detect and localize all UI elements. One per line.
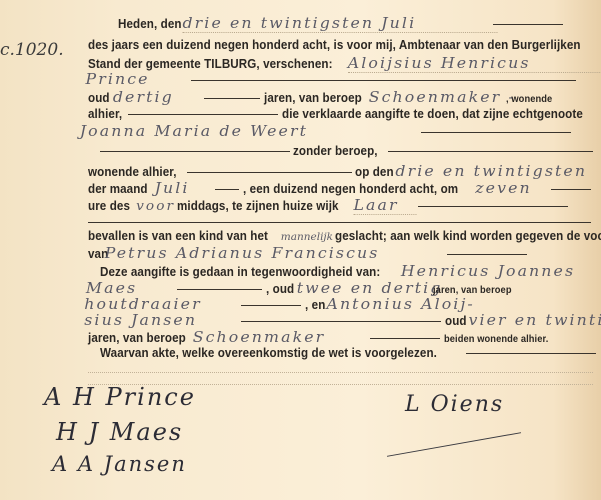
printed-op-den: op den <box>355 165 394 179</box>
fill-rule <box>215 189 239 190</box>
fill-rule <box>418 206 568 207</box>
fill-rule <box>388 151 593 152</box>
hw-gender: mannelijk <box>280 232 332 243</box>
hw-wijk: Laar <box>353 196 416 215</box>
printed-verklaarde: die verklaarde aangifte te doen, dat zij… <box>282 107 583 121</box>
line-alhier: alhier, die verklaarde aangifte te doen,… <box>88 106 595 123</box>
printed-middags: middags, te zijnen huize wijk <box>177 199 339 213</box>
line-year: des jaars een duizend negen honderd acht… <box>88 37 595 54</box>
line-zonder-beroep: zonder beroep, <box>100 143 595 160</box>
hw-date: drie en twintigsten Juli <box>182 14 497 33</box>
line-surname: Prince <box>88 70 595 87</box>
signature-official: L Oiens <box>405 392 504 417</box>
hw-witness1-given: Henricus Joannes <box>401 262 575 280</box>
printed-wonende-alhier: wonende alhier, <box>88 165 177 179</box>
printed-geslacht: geslacht; aan welk kind worden gegeven d… <box>335 229 601 243</box>
printed-bevallen: bevallen is van een kind van het <box>88 229 268 243</box>
printed-alhier: alhier, <box>88 107 122 121</box>
line-witness1: Maes , oud twee en dertig jaren, van ber… <box>88 279 595 296</box>
printed-waarvan-akte: Waarvan akte, welke overeenkomstig de we… <box>100 346 437 360</box>
printed-oud: oud <box>445 314 467 328</box>
line-witness2-job: jaren, van beroep Schoenmaker beiden won… <box>88 328 595 345</box>
line-age-job: oud dertig jaren, van beroep Schoenmaker… <box>88 88 595 105</box>
printed-der-maand: der maand <box>88 182 148 196</box>
line-closing: Waarvan akte, welke overeenkomstig de we… <box>100 345 595 362</box>
hw-witness2-surname: sius Jansen <box>84 311 242 329</box>
line-child-name: van Petrus Adrianus Franciscus <box>88 244 595 261</box>
fill-rule <box>187 172 352 173</box>
line-witnesses-intro: Deze aangifte is gedaan in tegenwoordigh… <box>100 262 595 279</box>
fill-rule <box>421 132 571 133</box>
fill-rule <box>466 353 596 354</box>
fill-rule <box>447 254 527 255</box>
signature-witness1: H J Maes <box>56 418 183 446</box>
certificate-page: c.1020. Heden, den drie en twintigsten J… <box>0 0 601 500</box>
printed-jaren-beroep: jaren, van beroep <box>88 331 186 345</box>
hw-mother-name: Joanna Maria de Weert <box>80 122 427 140</box>
printed-jaren-beroep: jaren, van beroep <box>264 91 362 105</box>
fill-rule <box>204 98 260 99</box>
hw-witness2-age: vier en twintig <box>468 311 601 329</box>
printed-year-om: , een duizend negen honderd acht, om <box>243 182 458 196</box>
printed-ure-des: ure des <box>88 199 130 213</box>
printed-tegenwoordigheid: Deze aangifte is gedaan in tegenwoordigh… <box>100 265 380 279</box>
hw-voor: voor <box>136 199 175 214</box>
line-witness2: sius Jansen oud vier en twintig <box>88 311 595 328</box>
hw-declarant-age: dertig <box>113 88 203 106</box>
printed-en: , en <box>305 298 325 312</box>
line-mother: Joanna Maria de Weert <box>88 122 595 139</box>
blank-line-rule <box>88 222 591 223</box>
fill-rule <box>241 321 441 322</box>
printed-zonder-beroep: zonder beroep, <box>293 144 378 158</box>
line-witness1-job: houtdraaier , en Antonius Aloij- <box>88 295 595 312</box>
hw-birth-month: Juli <box>154 179 213 197</box>
fill-rule <box>191 80 576 81</box>
signature-witness2: A A Jansen <box>52 452 187 476</box>
fill-rule <box>551 189 591 190</box>
fill-rule <box>241 305 301 306</box>
hw-witness2-occupation: Schoenmaker <box>192 328 371 346</box>
hw-declarant-occupation: Schoenmaker - <box>369 88 506 106</box>
fill-rule <box>100 151 290 152</box>
hw-child-names: Petrus Adrianus Franciscus <box>105 244 452 262</box>
line-birth-month: der maand Juli , een duizend negen honde… <box>88 179 595 196</box>
fill-rule <box>493 24 563 25</box>
printed-heden: Heden, den <box>118 17 182 31</box>
printed-oud: oud <box>88 91 110 105</box>
hw-birth-hour: zeven <box>476 179 550 197</box>
printed-beiden-wonende: beiden wonende alhier. <box>444 334 548 345</box>
fill-rule <box>177 289 262 290</box>
fill-rule <box>370 338 440 339</box>
printed-oud: , oud <box>266 282 294 296</box>
signature-declarant: A H Prince <box>44 383 196 411</box>
printed-stand: Stand der gemeente TILBURG, verschenen: <box>88 57 333 71</box>
line-time-place: ure des voor middags, te zijnen huize wi… <box>88 196 595 213</box>
hw-birth-day: drie en twintigsten <box>396 162 588 180</box>
line-birth-date: wonende alhier, op den drie en twintigst… <box>88 162 595 179</box>
fill-rule <box>128 114 278 115</box>
margin-record-number: c.1020. <box>0 40 64 60</box>
line-gender: bevallen is van een kind van hetmannelij… <box>88 228 595 245</box>
line-date-intro: Heden, den drie en twintigsten Juli <box>118 14 595 31</box>
printed-wonende: , wonende <box>506 94 552 105</box>
line-stand: Stand der gemeente TILBURG, verschenen: … <box>88 54 595 71</box>
official-signature-flourish <box>387 432 521 457</box>
printed-year-text: des jaars een duizend negen honderd acht… <box>88 38 581 52</box>
dotted-blank-line <box>88 372 593 373</box>
hw-declarant-surname: Prince <box>86 70 191 88</box>
